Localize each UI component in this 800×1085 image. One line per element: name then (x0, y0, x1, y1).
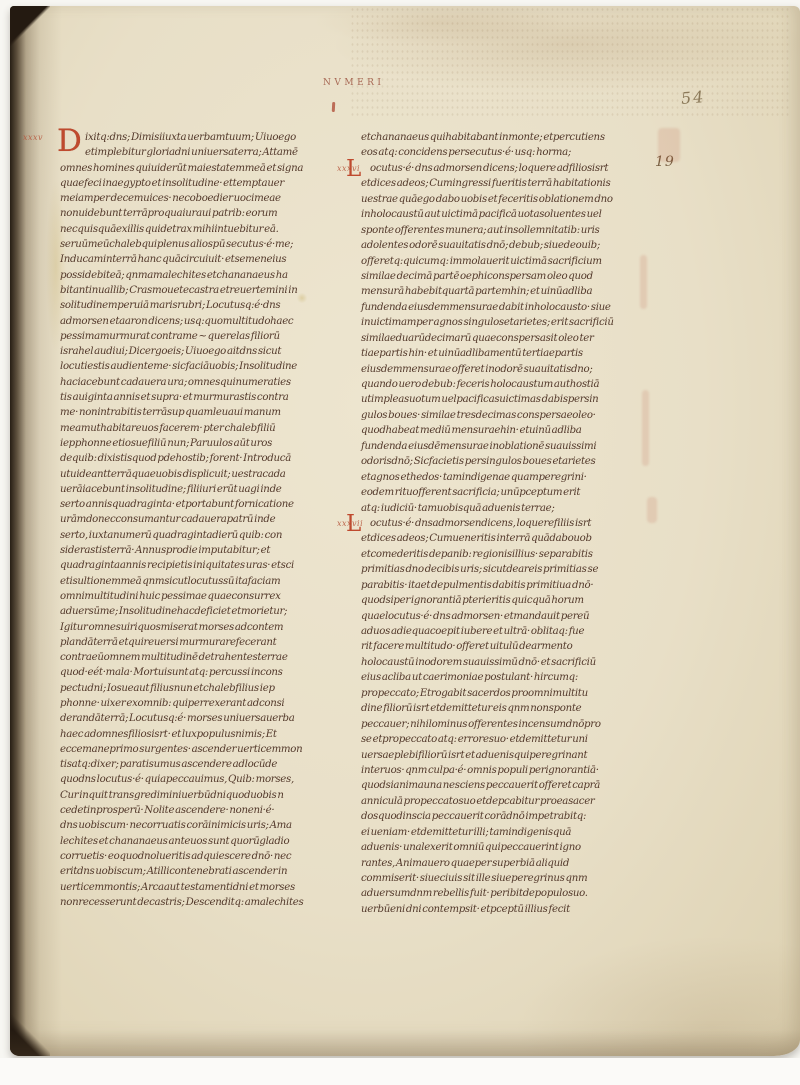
text-line: quodhabeat mediū mensuraehin· etuinū adl… (361, 423, 641, 438)
text-line: ei ueniam· etdemittetur illi; tamindigen… (361, 825, 641, 840)
text-line: odorisdnō; Sicfacietis persingulos boues… (361, 454, 641, 469)
text-line: etdices adeos; Cumueneritis interrā quād… (361, 531, 641, 546)
text-line: inuictimamper agnos singulosetarietes; e… (361, 315, 641, 330)
text-line: aduersūme; Insolitudinehacdeficiet etmor… (60, 604, 334, 619)
text-line: quadragintaannis recipietis iniquitates … (60, 558, 334, 573)
text-line: atq: iudiciū· tamuobisquā aduenis terrae… (361, 501, 641, 516)
text-line: bitantinuallib; Crasmouetecastra etreuer… (60, 283, 334, 298)
text-line: holocaustū inodorem suauissimū dnō· et s… (361, 655, 641, 670)
text-line: Igitur omnesuiriquosmiserat morses adcon… (60, 620, 334, 635)
text-line: seruūmeūchalebquiplenus aliospū secutus·… (60, 237, 334, 252)
text-line: adolentes odorē suauitatis dnō; debub; s… (361, 238, 641, 253)
text-line: lechites et chananaeus anteuos sunt quor… (60, 834, 334, 849)
text-line: rantes, Animauero quaeper superbiā aliqu… (361, 856, 641, 871)
chapter-numeral: xxxvii (337, 519, 363, 528)
text-line: parabitis· itaet depulmentis dabitis pri… (361, 578, 641, 593)
text-line: propeccato; Etrogabit sacerdos proomnimu… (361, 686, 641, 701)
text-line: omnimultitudini huic pessimae quaeconsur… (60, 589, 334, 604)
text-line: Cur inquit transgrediminiuerbūdniquoduob… (60, 788, 334, 803)
text-line: Inducaminterrā hanc quācircuiuit· etseme… (60, 252, 334, 267)
manuscript-page: NVMERI 54 19 ixitq:dns; Dimisiiuxta uerb… (10, 6, 800, 1056)
text-line: haec adomnesfiliosisrt· et luxpopulusnim… (60, 727, 334, 742)
ink-showthrough-mark (640, 255, 647, 309)
chapter-numeral: xxxvi (337, 164, 360, 173)
text-line: ocutus·é· dns admorsen dicens; loquere a… (361, 161, 641, 176)
text-line: aduos adiequacoepit iubere et ultrā· obl… (361, 624, 641, 639)
text-line: ixitq:dns; Dimisiiuxta uerbamtuum; Uiuoe… (60, 130, 334, 145)
page-corner-shadow-top (10, 6, 50, 46)
text-line: siderastisterrā· Annusprodie imputabitur… (60, 543, 334, 558)
text-line: quaefeci inaegypto et insolitudine· ette… (60, 176, 334, 191)
text-line: eodem rituofferent sacrificia; unūpceptu… (361, 485, 641, 500)
text-line: peccauer; nihilominus offerentes incensu… (361, 717, 641, 732)
text-line: uersaeplebifiliorū isrt et aduenisquiper… (361, 748, 641, 763)
text-line: dns uobiscum· necorruatis corāinimicis u… (60, 818, 334, 833)
text-line: eius acliba ut caerimoniae postulant· hi… (361, 670, 641, 685)
text-column-left: ixitq:dns; Dimisiiuxta uerbamtuum; Uiuoe… (60, 130, 334, 910)
text-line: etisultionemmeā qnmsicutlocutussū itafac… (60, 574, 334, 589)
text-line: fundenda eiusdemmensurae dabit inholocau… (361, 300, 641, 315)
text-line: phonne· uixer exomnib: quiperrexerant ad… (60, 696, 334, 711)
text-line: utimpleasuotum uelpacificasuictimas dabi… (361, 392, 641, 407)
text-line: tisatq:dixer; paratisumus ascendere adlo… (60, 757, 334, 772)
text-line: solitudinemperuiā marisrubri; Locutusq:é… (60, 298, 334, 313)
text-line: dequib: dixistisquod pdehostib; forent· … (60, 451, 334, 466)
margin-numeral: 19 (655, 154, 675, 170)
text-line: omnes homines quiuiderūt maiestatemmeā e… (60, 161, 334, 176)
quire-mark (332, 102, 335, 112)
text-line: cedetinprosperū· Nolite ascendere· nonen… (60, 803, 334, 818)
text-line: eiusdemmensurae offeret inodorē suauitat… (361, 362, 641, 377)
text-line: aduersumdnm rebellis fuit· peribitdepopu… (361, 886, 641, 901)
text-line: nonrecesserunt decastris; Descenditq: am… (60, 895, 334, 910)
text-line: quod·eét·mala· Mortuisunt atq: percussi … (60, 665, 334, 680)
text-line: dosquodinscia peccauerit corādnō impetra… (361, 809, 641, 824)
text-line: similaeduarūdecimarū quaeconspersasit ol… (361, 331, 641, 346)
text-line: etagnos ethedos· tamindigenae quamperegr… (361, 470, 641, 485)
text-line: serto, iuxtanumerū quadragintadierū quib… (60, 528, 334, 543)
text-line: quaelocutus·é· dns admorsen· etmandauit … (361, 609, 641, 624)
text-line: quodsiper ignorantiā pterieritis quicquā… (361, 593, 641, 608)
text-line: similae decimā partē oephiconspersam ole… (361, 269, 641, 284)
text-line: uerāiacebunt insolitudine; filiiuri erūt… (60, 482, 334, 497)
text-line: eccemaneprimo surgentes· ascender uertic… (60, 742, 334, 757)
text-line: inholocaustū aut uictimā pacificā uotaso… (361, 207, 641, 222)
page-corner-shadow-bottom (10, 1000, 50, 1056)
text-line: sponte offerentes munera; aut insollemni… (361, 223, 641, 238)
scan-background (0, 1058, 800, 1085)
text-line: quando uero debub: feceris holocaustum a… (361, 377, 641, 392)
text-line: uerbūeni dni contempsit· etpceptū illius… (361, 902, 641, 917)
text-line: meamuthabitareuos facerem· pter chalebfi… (60, 421, 334, 436)
text-line: corruetis· eoquodnolueritis adquiescere … (60, 849, 334, 864)
text-line: tis auiginta annis et supra· et murmuras… (60, 390, 334, 405)
text-line: anniculā propeccatosuo etdepcabitur proe… (361, 794, 641, 809)
text-line: uerticemmontis; Arcaaut testamentidni et… (60, 880, 334, 895)
text-line: etimplebitur gloriadni uniuersaterra; At… (60, 145, 334, 160)
text-line: derandāterrā; Locutusq:é· morses uniuers… (60, 711, 334, 726)
text-line: pectudni; Iosueaut filiusnun etchalebfil… (60, 681, 334, 696)
text-column-right: etchananaeus quihabitabant inmonte; etpe… (361, 130, 641, 917)
text-line: meiamper decemuices· necoboedier uocimea… (60, 191, 334, 206)
text-line: contraeūomnem multitudinē detrahentester… (60, 650, 334, 665)
text-line: pessimamurmurat contrame ~ querelas fili… (60, 329, 334, 344)
text-line: utuideantterrāquaeuobis displicuit; uest… (60, 467, 334, 482)
text-line: haciacebunt cadauera ura; omnesquinumera… (60, 375, 334, 390)
parchment-speckle-texture (350, 6, 790, 116)
page-bottom-shade (10, 1030, 800, 1056)
text-line: quodns locutus·é· quiapeccauimus, Quib: … (60, 772, 334, 787)
text-line: ocutus·é· dnsadmorsendicens, loquerefili… (361, 516, 641, 531)
text-line: se etpropeccato atq: erroresuo· etdemitt… (361, 732, 641, 747)
text-line: uestrae quāego dabo uobis et feceritis o… (361, 192, 641, 207)
text-line: aduenis· unalexerit omniū quipeccauerint… (361, 840, 641, 855)
text-line: etdices adeos; Cumingressi fueritis terr… (361, 176, 641, 191)
text-line: offeretq:quicumq: immolauerit uictimā sa… (361, 254, 641, 269)
text-line: gulos boues· similae tresdecimas consper… (361, 408, 641, 423)
text-line: etcomederitis depanib: regionisillius· s… (361, 547, 641, 562)
text-line: necquisquāexillis quidetrax mihiintuebit… (60, 222, 334, 237)
text-line: interuos· qnm culpa·é· omnis populi peri… (361, 763, 641, 778)
text-line: urāmdonecconsumantur cadauerapatrū inde (60, 512, 334, 527)
text-line: admorsen etaaron dicens; usq:quomultitud… (60, 314, 334, 329)
text-line: mensurā habebitquartā partemhin; et uinū… (361, 284, 641, 299)
text-line: plandāterrā etquireuersi murmurarefecera… (60, 635, 334, 650)
text-line: quodsianimauna nesciens peccauerit offer… (361, 778, 641, 793)
text-line: nonuidebunt terrāproquaiuraui patrib: eo… (60, 206, 334, 221)
text-line: eritdns uobiscum; Atillicontenebrati asc… (60, 864, 334, 879)
text-line: israhel audiui; Dicergoeis; Uiuoego aitd… (60, 344, 334, 359)
text-line: iepphonne etiosuefiliū nun; Paruulos aūt… (60, 436, 334, 451)
ink-showthrough-mark (647, 497, 657, 523)
text-line: locutiestis audienteme· sicfaciāuobis; I… (60, 359, 334, 374)
text-line: primitias dno decibis uris; sicutdeareis… (361, 562, 641, 577)
text-line: tiaepartis hin· et uinūadlibamentū terti… (361, 346, 641, 361)
ink-showthrough-mark (642, 390, 649, 466)
text-line: me· nonintrabitis terrāsup quamleuaui ma… (60, 405, 334, 420)
rubricated-initial: D (57, 126, 82, 157)
folio-number: 54 (680, 87, 706, 108)
book-spine-edge (10, 6, 62, 1056)
text-line: rit facere multitudo· offeret uitulū dea… (361, 639, 641, 654)
text-line: commiserit· siueciuis sit ille siuepereg… (361, 871, 641, 886)
text-line: dine filiorū isrt etdemittetur eis qnm n… (361, 701, 641, 716)
text-line: serto annisquadraginta· etportabunt forn… (60, 497, 334, 512)
text-line: fundenda eiusdēmensurae inoblationē suau… (361, 439, 641, 454)
text-line: possidebiteā; qnmamalechites etchananaeu… (60, 268, 334, 283)
chapter-numeral: xxxv (23, 133, 43, 142)
text-line: etchananaeus quihabitabant inmonte; etpe… (361, 130, 641, 145)
text-line: eos atq: concidens persecutus·é· usq: ho… (361, 145, 641, 160)
running-title: NVMERI (323, 78, 385, 88)
